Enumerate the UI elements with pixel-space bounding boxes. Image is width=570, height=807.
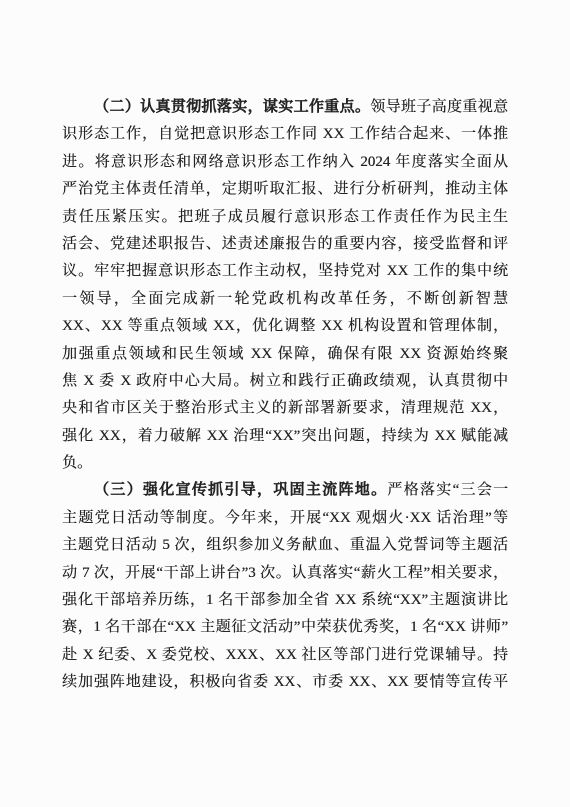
text-segment: 续加强阵地建设，积极向省委 XX、市委 XX、XX 要情等宣传平 — [62, 674, 508, 690]
text-line: 一领导，全面完成新一轮党政机构改革任务，不断创新智慧 — [62, 286, 508, 313]
text-segment: XX、XX 等重点领域 XX，优化调整 XX 机构设置和管理体制， — [62, 318, 508, 334]
text-segment: 活会、党建述职报告、述责述廉报告的重要内容，接受监督和评 — [62, 236, 508, 252]
text-line: 议。牢牢把握意识形态工作主动权，坚持党对 XX 工作的集中统 — [62, 258, 508, 285]
text-line: 负。 — [62, 450, 508, 477]
text-line: 严治党主体责任清单，定期听取汇报、进行分析研判，推动主体 — [62, 176, 508, 203]
text-line: （三）强化宣传抓引导，巩固主流阵地。严格落实“三会一课”、 — [62, 477, 508, 504]
text-segment: 议。牢牢把握意识形态工作主动权，坚持党对 XX 工作的集中统 — [62, 263, 508, 279]
text-line: 进。将意识形态和网络意识形态工作纳入 2024 年度落实全面从 — [62, 149, 508, 176]
text-line: 强化干部培养历练，1 名干部参加全省 XX 系统“XX”主题演讲比 — [62, 587, 508, 614]
text-segment: 负。 — [62, 455, 92, 471]
paragraph-heading-segment: （三）强化宣传抓引导，巩固主流阵地。 — [94, 482, 387, 498]
document-page: （二）认真贯彻抓落实，谋实工作重点。领导班子高度重视意识形态工作，自觉把意识形态… — [0, 0, 570, 807]
text-line: 焦 X 委 X 政府中心大局。树立和践行正确政绩观，认真贯彻中 — [62, 368, 508, 395]
text-line: 央和省市区关于整治形式主义的新部署新要求，清理规范 XX， — [62, 395, 508, 422]
text-block: （二）认真贯彻抓落实，谋实工作重点。领导班子高度重视意识形态工作，自觉把意识形态… — [62, 94, 508, 697]
text-segment: 强化 XX，着力破解 XX 治理“XX”突出问题，持续为 XX 赋能减 — [62, 428, 508, 444]
text-line: XX、XX 等重点领域 XX，优化调整 XX 机构设置和管理体制， — [62, 313, 508, 340]
text-line: 主题党日活动 5 次，组织参加义务献血、重温入党誓词等主题活 — [62, 532, 508, 559]
text-line: 赴 X 纪委、X 委党校、XXX、XX 社区等部门进行党课辅导。持 — [62, 642, 508, 669]
text-line: （二）认真贯彻抓落实，谋实工作重点。领导班子高度重视意 — [62, 94, 508, 121]
text-segment: 赛，1 名干部在“XX 主题征文活动”中荣获优秀奖，1 名“XX 讲师” — [62, 619, 508, 635]
text-line: 责任压紧压实。把班子成员履行意识形态工作责任作为民主生 — [62, 204, 508, 231]
text-line: 识形态工作，自觉把意识形态工作同 XX 工作结合起来、一体推 — [62, 121, 508, 148]
text-segment: 领导班子高度重视意 — [370, 99, 508, 115]
text-line: 主题党日活动等制度。今年来，开展“XX 观烟火·XX 话治理”等 — [62, 505, 508, 532]
text-segment: 强化干部培养历练，1 名干部参加全省 XX 系统“XX”主题演讲比 — [62, 592, 508, 608]
text-line: 加强重点领域和民生领域 XX 保障，确保有限 XX 资源始终聚 — [62, 341, 508, 368]
text-line: 动 7 次，开展“干部上讲台”3 次。认真落实“薪火工程”相关要求， — [62, 560, 508, 587]
text-segment: 动 7 次，开展“干部上讲台”3 次。认真落实“薪火工程”相关要求， — [62, 565, 508, 581]
text-segment: 加强重点领域和民生领域 XX 保障，确保有限 XX 资源始终聚 — [62, 346, 508, 362]
text-line: 活会、党建述职报告、述责述廉报告的重要内容，接受监督和评 — [62, 231, 508, 258]
text-segment: 责任压紧压实。把班子成员履行意识形态工作责任作为民主生 — [62, 209, 508, 225]
paragraph-heading-segment: （二）认真贯彻抓落实，谋实工作重点。 — [94, 99, 370, 115]
text-segment: 一领导，全面完成新一轮党政机构改革任务，不断创新智慧 — [62, 291, 508, 307]
text-line: 续加强阵地建设，积极向省委 XX、市委 XX、XX 要情等宣传平 — [62, 669, 508, 696]
text-segment: 主题党日活动等制度。今年来，开展“XX 观烟火·XX 话治理”等 — [62, 510, 508, 526]
text-segment: 进。将意识形态和网络意识形态工作纳入 2024 年度落实全面从 — [62, 154, 508, 170]
text-segment: 赴 X 纪委、X 委党校、XXX、XX 社区等部门进行党课辅导。持 — [62, 647, 508, 663]
text-segment: 主题党日活动 5 次，组织参加义务献血、重温入党誓词等主题活 — [62, 537, 508, 553]
text-segment: 焦 X 委 X 政府中心大局。树立和践行正确政绩观，认真贯彻中 — [62, 373, 508, 389]
text-line: 赛，1 名干部在“XX 主题征文活动”中荣获优秀奖，1 名“XX 讲师” — [62, 614, 508, 641]
text-segment: 央和省市区关于整治形式主义的新部署新要求，清理规范 XX， — [62, 400, 508, 416]
text-line: 强化 XX，着力破解 XX 治理“XX”突出问题，持续为 XX 赋能减 — [62, 423, 508, 450]
text-segment: 识形态工作，自觉把意识形态工作同 XX 工作结合起来、一体推 — [62, 126, 508, 142]
text-segment: 严治党主体责任清单，定期听取汇报、进行分析研判，推动主体 — [62, 181, 508, 197]
